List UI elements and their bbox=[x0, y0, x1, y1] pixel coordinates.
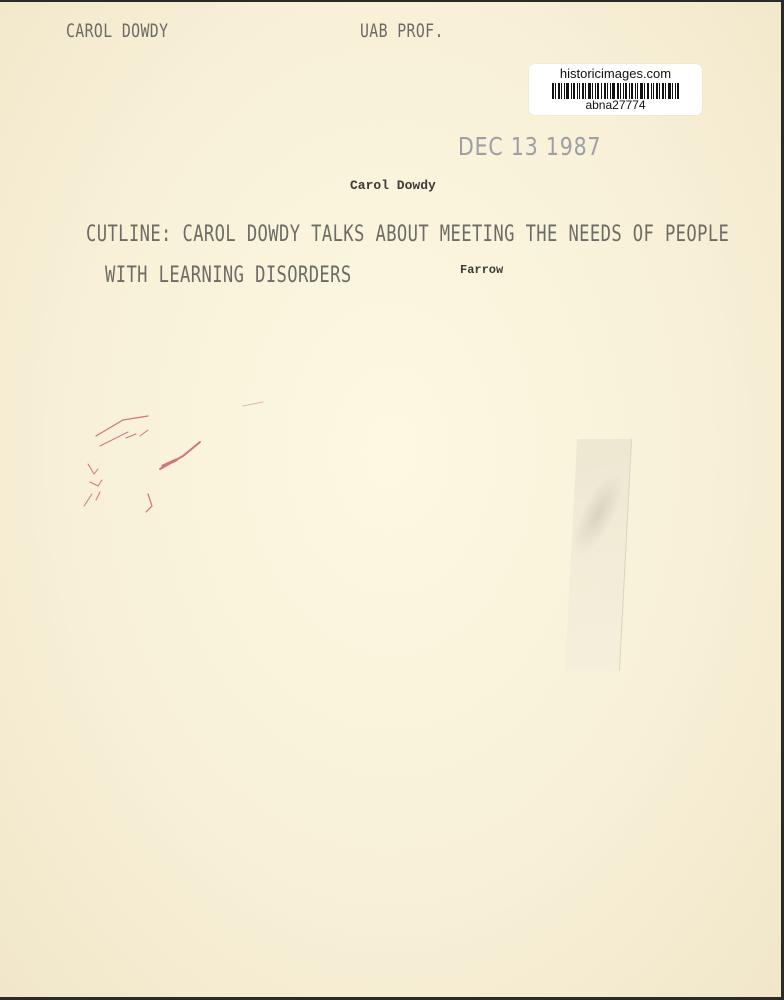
photo-back-sheet: CAROL DOWDY UAB PROF. historicimages.com… bbox=[0, 2, 781, 997]
adhesive-tape bbox=[565, 439, 632, 671]
photo-credit: Farrow bbox=[460, 263, 503, 277]
label-code: abna27774 bbox=[529, 99, 702, 112]
label-site: historicimages.com bbox=[529, 66, 702, 81]
cutline-line-2: WITH LEARNING DISORDERS bbox=[105, 263, 352, 288]
date-stamp: DEC 13 1987 bbox=[458, 132, 601, 161]
subject-heading: CAROL DOWDY bbox=[66, 20, 168, 42]
cutline-line-1: CUTLINE: CAROL DOWDY TALKS ABOUT MEETING… bbox=[86, 222, 729, 247]
archive-label: historicimages.com abna27774 bbox=[529, 64, 702, 115]
red-pencil-marks-icon bbox=[78, 394, 278, 524]
caption-name: Carol Dowdy bbox=[350, 178, 436, 193]
title-heading: UAB PROF. bbox=[360, 20, 444, 42]
barcode-icon bbox=[552, 83, 680, 99]
